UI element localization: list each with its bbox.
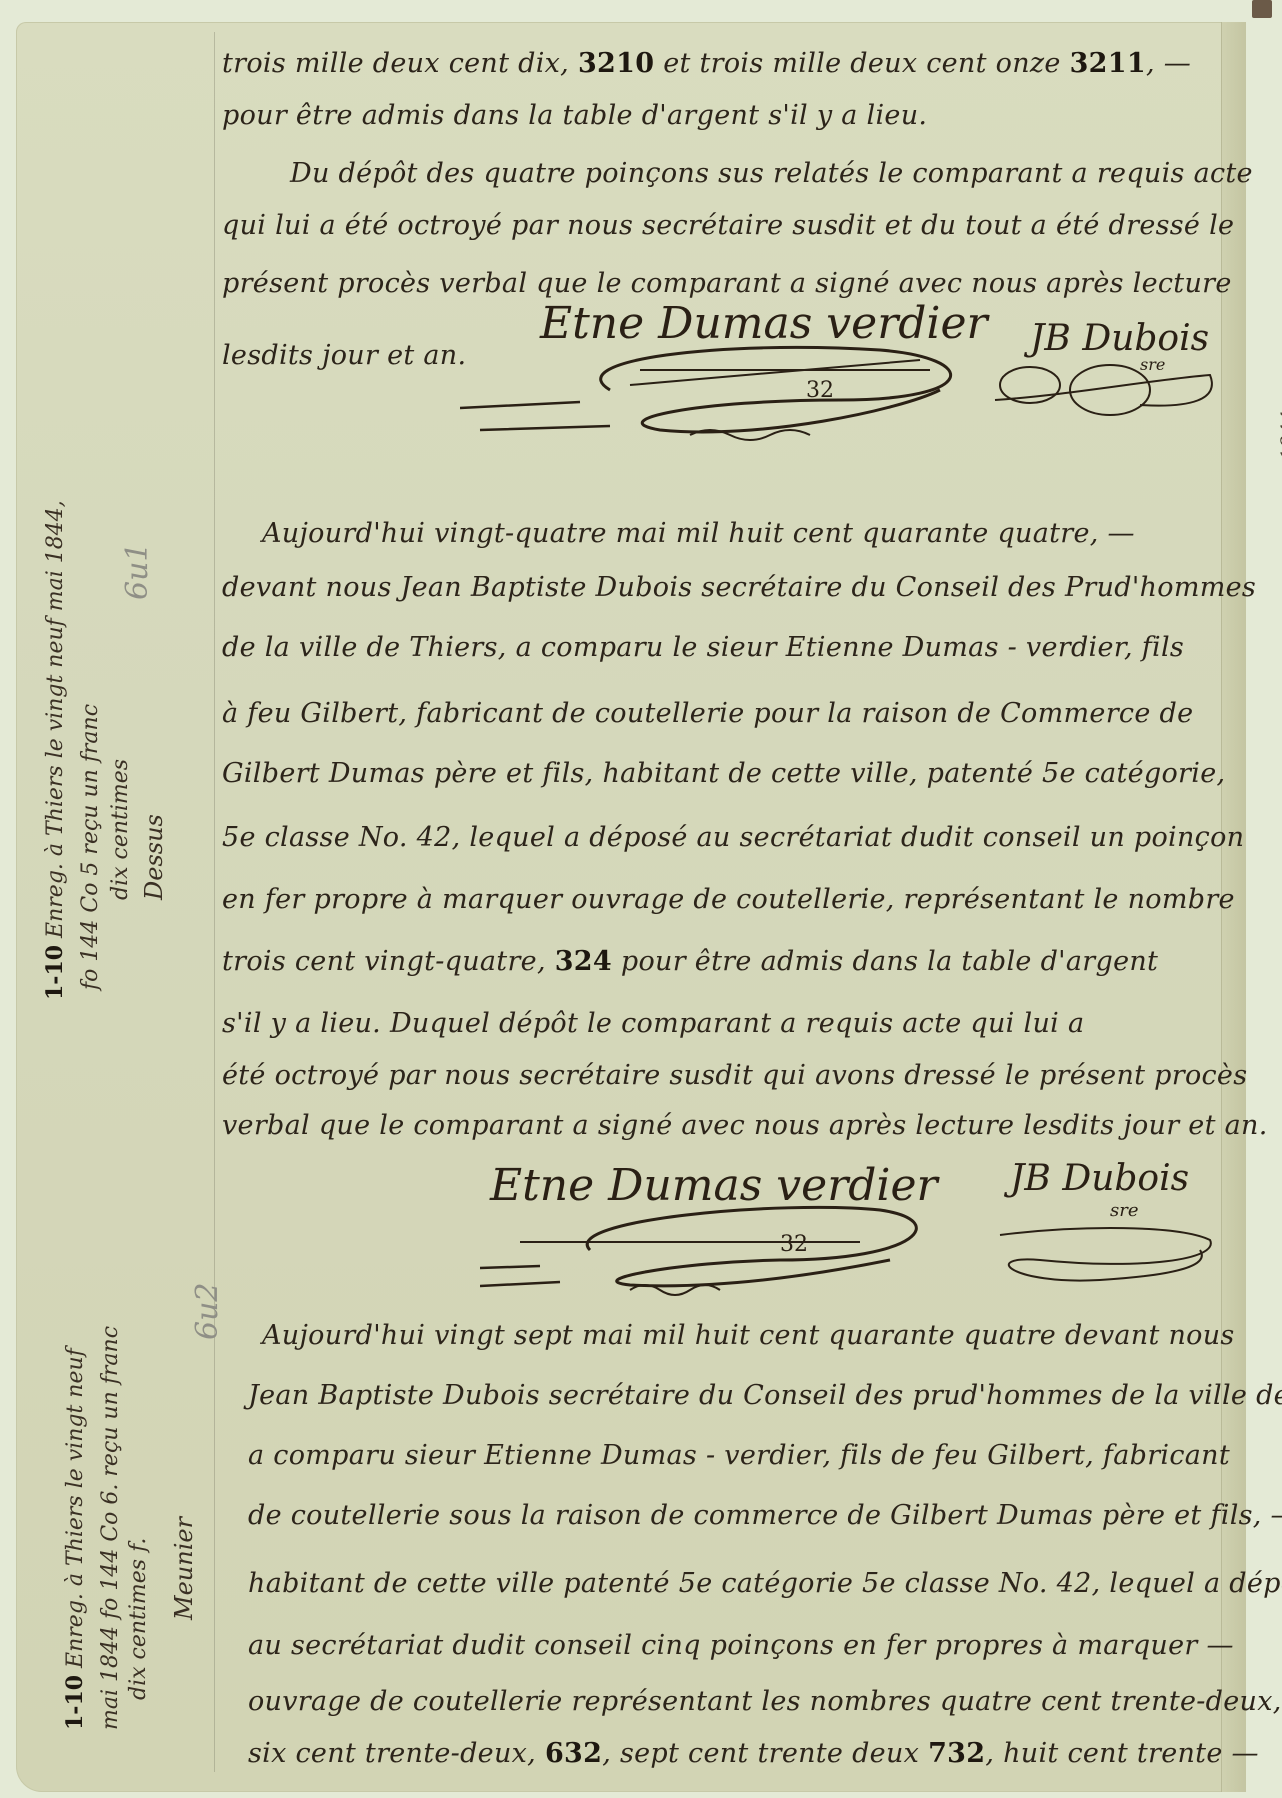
signature-flourish [990, 360, 1220, 440]
number-3211: 3211 [1070, 48, 1146, 79]
registration-note: 1-10 Enreg. à Thiers le vingt neuf [62, 1348, 88, 1730]
registration-note: mai 1844 fo 144 Co 6. reçu un franc [98, 1326, 123, 1730]
margin-initials: Dessus [140, 814, 168, 900]
text-line: pour être admis dans la table d'argent s… [222, 100, 1232, 131]
text-line: trois cent vingt-quatre, 324 pour être a… [222, 946, 1232, 977]
registration-note: fo 144 Co 5 reçu un franc [78, 704, 103, 990]
registration-note: dix centimes [108, 759, 133, 900]
text-line: Aujourd'hui vingt sept mai mil huit cent… [262, 1320, 1272, 1351]
text-line: s'il y a lieu. Duquel dépôt le comparant… [222, 1008, 1232, 1039]
registration-note: 1-10 Enreg. à Thiers le vingt neuf mai 1… [42, 500, 68, 1000]
text-line: qui lui a été octroyé par nous secrétair… [222, 210, 1232, 241]
signature-number: 32 [780, 1232, 808, 1257]
text-line: de coutellerie sous la raison de commerc… [248, 1500, 1258, 1531]
text-line: ouvrage de coutellerie représentant les … [248, 1686, 1258, 1717]
signature-flourish [980, 1215, 1220, 1295]
text-line: en fer propre à marquer ouvrage de coute… [222, 884, 1232, 915]
number-324: 324 [555, 946, 612, 977]
text-line: devant nous Jean Baptiste Dubois secréta… [222, 572, 1232, 603]
signature-dubois: JB Dubois [1030, 318, 1209, 359]
text-line: trois mille deux cent dix, 3210 et trois… [222, 48, 1232, 79]
signature-dubois: JB Dubois [1010, 1158, 1189, 1199]
pencil-mark: 6u1 [120, 543, 155, 601]
fee-amount: 1-10 [42, 945, 68, 1000]
binding-tab [1252, 0, 1272, 18]
margin-rule [214, 32, 215, 1772]
signature-number: 32 [806, 378, 834, 403]
registration-note: dix centimes f. [126, 1538, 151, 1700]
number-3210: 3210 [578, 48, 654, 79]
margin-initials: Meunier [170, 1517, 198, 1620]
fee-amount: 1-10 [62, 1675, 88, 1730]
text-line: a comparu sieur Etienne Dumas - verdier,… [248, 1440, 1258, 1471]
number-732: 732 [928, 1738, 985, 1769]
text-line: Aujourd'hui vingt-quatre mai mil huit ce… [262, 518, 1272, 549]
signature-flourish [460, 330, 1020, 450]
text-line: Jean Baptiste Dubois secrétaire du Conse… [248, 1380, 1258, 1411]
text-line: verbal que le comparant a signé avec nou… [222, 1110, 1232, 1141]
text-line: été octroyé par nous secrétaire susdit q… [222, 1060, 1232, 1091]
text-line: présent procès verbal que le comparant a… [222, 268, 1232, 299]
text-line: Gilbert Dumas père et fils, habitant de … [222, 758, 1232, 789]
text-line: à feu Gilbert, fabricant de coutellerie … [222, 698, 1232, 729]
text-line: 5e classe No. 42, lequel a déposé au sec… [222, 822, 1232, 853]
number-632: 632 [545, 1738, 602, 1769]
signature-flourish [480, 1190, 960, 1300]
text-line: Du dépôt des quatre poinçons sus relatés… [290, 158, 1282, 189]
text-line: au secrétariat dudit conseil cinq poinço… [248, 1630, 1258, 1661]
text-line: six cent trente-deux, 632, sept cent tre… [248, 1738, 1258, 1769]
pencil-mark: 6u2 [190, 1283, 225, 1341]
text-line: habitant de cette ville patenté 5e catég… [248, 1568, 1258, 1599]
right-edge-note: 1844 [1276, 410, 1282, 461]
text-line: de la ville de Thiers, a comparu le sieu… [222, 632, 1232, 663]
